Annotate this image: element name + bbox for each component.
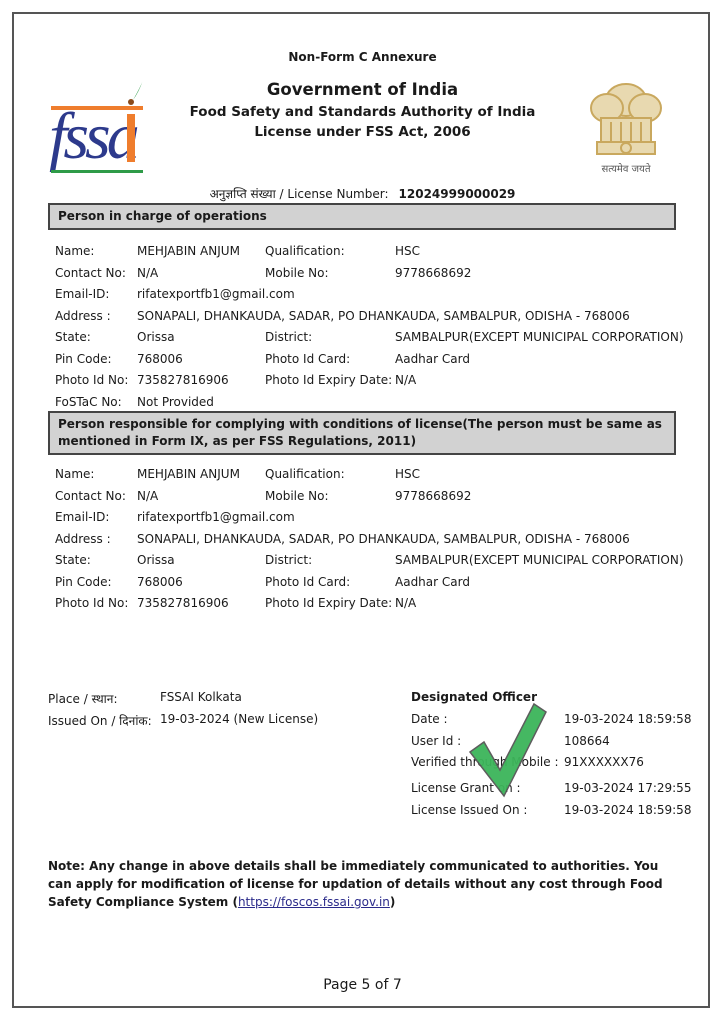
annexure-label: Non-Form C Annexure xyxy=(0,50,725,64)
place-value: FSSAI Kolkata xyxy=(160,690,242,704)
field-value: rifatexportfb1@gmail.com xyxy=(137,510,295,524)
field-label: Photo Id Card: xyxy=(265,352,350,366)
officer-field-value: 19-03-2024 18:59:58 xyxy=(564,803,691,817)
field-row: State:OrissaDistrict:SAMBALPUR(EXCEPT MU… xyxy=(0,330,725,348)
field-row: Contact No:N/AMobile No:9778668692 xyxy=(0,489,725,507)
field-label: Name: xyxy=(55,467,94,481)
officer-field-value: 108664 xyxy=(564,734,610,748)
officer-field-value: 19-03-2024 17:29:55 xyxy=(564,781,691,795)
field-value: SAMBALPUR(EXCEPT MUNICIPAL CORPORATION) xyxy=(395,553,684,567)
field-row: Pin Code:768006Photo Id Card:Aadhar Card xyxy=(0,352,725,370)
field-value: N/A xyxy=(395,373,416,387)
issued-on-value: 19-03-2024 (New License) xyxy=(160,712,318,726)
field-value: 768006 xyxy=(137,352,183,366)
field-row: Email-ID:rifatexportfb1@gmail.com xyxy=(0,510,725,528)
field-label: Address : xyxy=(55,532,111,546)
field-value: 9778668692 xyxy=(395,266,471,280)
field-label: Name: xyxy=(55,244,94,258)
field-value: SAMBALPUR(EXCEPT MUNICIPAL CORPORATION) xyxy=(395,330,684,344)
field-value: SONAPALI, DHANKAUDA, SADAR, PO DHANKAUDA… xyxy=(137,309,630,323)
field-label: State: xyxy=(55,553,91,567)
field-row: Email-ID:rifatexportfb1@gmail.com xyxy=(0,287,725,305)
officer-field-label: License Issued On : xyxy=(411,803,527,817)
government-title: Government of India xyxy=(0,80,725,100)
license-number-label: अनुज्ञप्ति संख्या / License Number: xyxy=(210,187,389,201)
field-row: Photo Id No:735827816906Photo Id Expiry … xyxy=(0,596,725,614)
field-label: Qualification: xyxy=(265,467,345,481)
field-value: HSC xyxy=(395,244,420,258)
authority-title: Food Safety and Standards Authority of I… xyxy=(0,103,725,121)
field-label: Address : xyxy=(55,309,111,323)
field-label: Email-ID: xyxy=(55,510,109,524)
field-value: N/A xyxy=(137,489,158,503)
field-value: Not Provided xyxy=(137,395,214,409)
issued-on-label: Issued On / दिनांक: xyxy=(48,712,152,729)
note-tail: ) xyxy=(390,895,395,909)
officer-field-value: 19-03-2024 18:59:58 xyxy=(564,712,691,726)
field-label: Qualification: xyxy=(265,244,345,258)
field-row: Name:MEHJABIN ANJUMQualification:HSC xyxy=(0,244,725,262)
act-title: License under FSS Act, 2006 xyxy=(0,123,725,141)
field-label: Mobile No: xyxy=(265,266,329,280)
section-header-responsible-person: Person responsible for complying with co… xyxy=(48,411,676,455)
field-label: Pin Code: xyxy=(55,352,112,366)
field-label: Photo Id Expiry Date: xyxy=(265,373,392,387)
officer-field-label: Date : xyxy=(411,712,448,726)
field-row: Address :SONAPALI, DHANKAUDA, SADAR, PO … xyxy=(0,309,725,327)
field-label: District: xyxy=(265,330,312,344)
field-value: rifatexportfb1@gmail.com xyxy=(137,287,295,301)
field-row: Name:MEHJABIN ANJUMQualification:HSC xyxy=(0,467,725,485)
field-value: HSC xyxy=(395,467,420,481)
field-label: Email-ID: xyxy=(55,287,109,301)
field-value: SONAPALI, DHANKAUDA, SADAR, PO DHANKAUDA… xyxy=(137,532,630,546)
field-value: MEHJABIN ANJUM xyxy=(137,467,240,481)
officer-field-label: User Id : xyxy=(411,734,461,748)
field-value: 735827816906 xyxy=(137,373,229,387)
field-label: Mobile No: xyxy=(265,489,329,503)
field-value: MEHJABIN ANJUM xyxy=(137,244,240,258)
field-row: Pin Code:768006Photo Id Card:Aadhar Card xyxy=(0,575,725,593)
field-value: Aadhar Card xyxy=(395,352,470,366)
field-label: Photo Id No: xyxy=(55,373,128,387)
note-paragraph: Note: Any change in above details shall … xyxy=(48,857,668,911)
field-value: Orissa xyxy=(137,330,175,344)
green-checkmark-icon xyxy=(466,700,548,800)
field-label: FoSTaC No: xyxy=(55,395,122,409)
field-row: Photo Id No:735827816906Photo Id Expiry … xyxy=(0,373,725,391)
field-value: Orissa xyxy=(137,553,175,567)
field-row: State:OrissaDistrict:SAMBALPUR(EXCEPT MU… xyxy=(0,553,725,571)
field-label: State: xyxy=(55,330,91,344)
field-label: District: xyxy=(265,553,312,567)
field-label: Photo Id Card: xyxy=(265,575,350,589)
field-value: N/A xyxy=(395,596,416,610)
page-number: Page 5 of 7 xyxy=(0,978,725,992)
field-value: N/A xyxy=(137,266,158,280)
field-value: 735827816906 xyxy=(137,596,229,610)
svg-text:सत्यमेव जयते: सत्यमेव जयते xyxy=(601,163,650,175)
field-label: Contact No: xyxy=(55,489,126,503)
field-row: Contact No:N/AMobile No:9778668692 xyxy=(0,266,725,284)
field-value: 768006 xyxy=(137,575,183,589)
license-number-value: 12024999000029 xyxy=(399,187,516,201)
section-header-operations: Person in charge of operations xyxy=(48,203,676,230)
field-label: Contact No: xyxy=(55,266,126,280)
field-label: Photo Id No: xyxy=(55,596,128,610)
field-value: 9778668692 xyxy=(395,489,471,503)
field-label: Pin Code: xyxy=(55,575,112,589)
license-number-line: अनुज्ञप्ति संख्या / License Number:12024… xyxy=(0,187,725,201)
foscos-link[interactable]: https://foscos.fssai.gov.in xyxy=(238,895,390,909)
officer-field-value: 91XXXXXX76 xyxy=(564,755,644,769)
field-label: Photo Id Expiry Date: xyxy=(265,596,392,610)
field-row: Address :SONAPALI, DHANKAUDA, SADAR, PO … xyxy=(0,532,725,550)
place-label: Place / स्थान: xyxy=(48,690,117,707)
field-value: Aadhar Card xyxy=(395,575,470,589)
field-row: FoSTaC No:Not Provided xyxy=(0,395,725,413)
